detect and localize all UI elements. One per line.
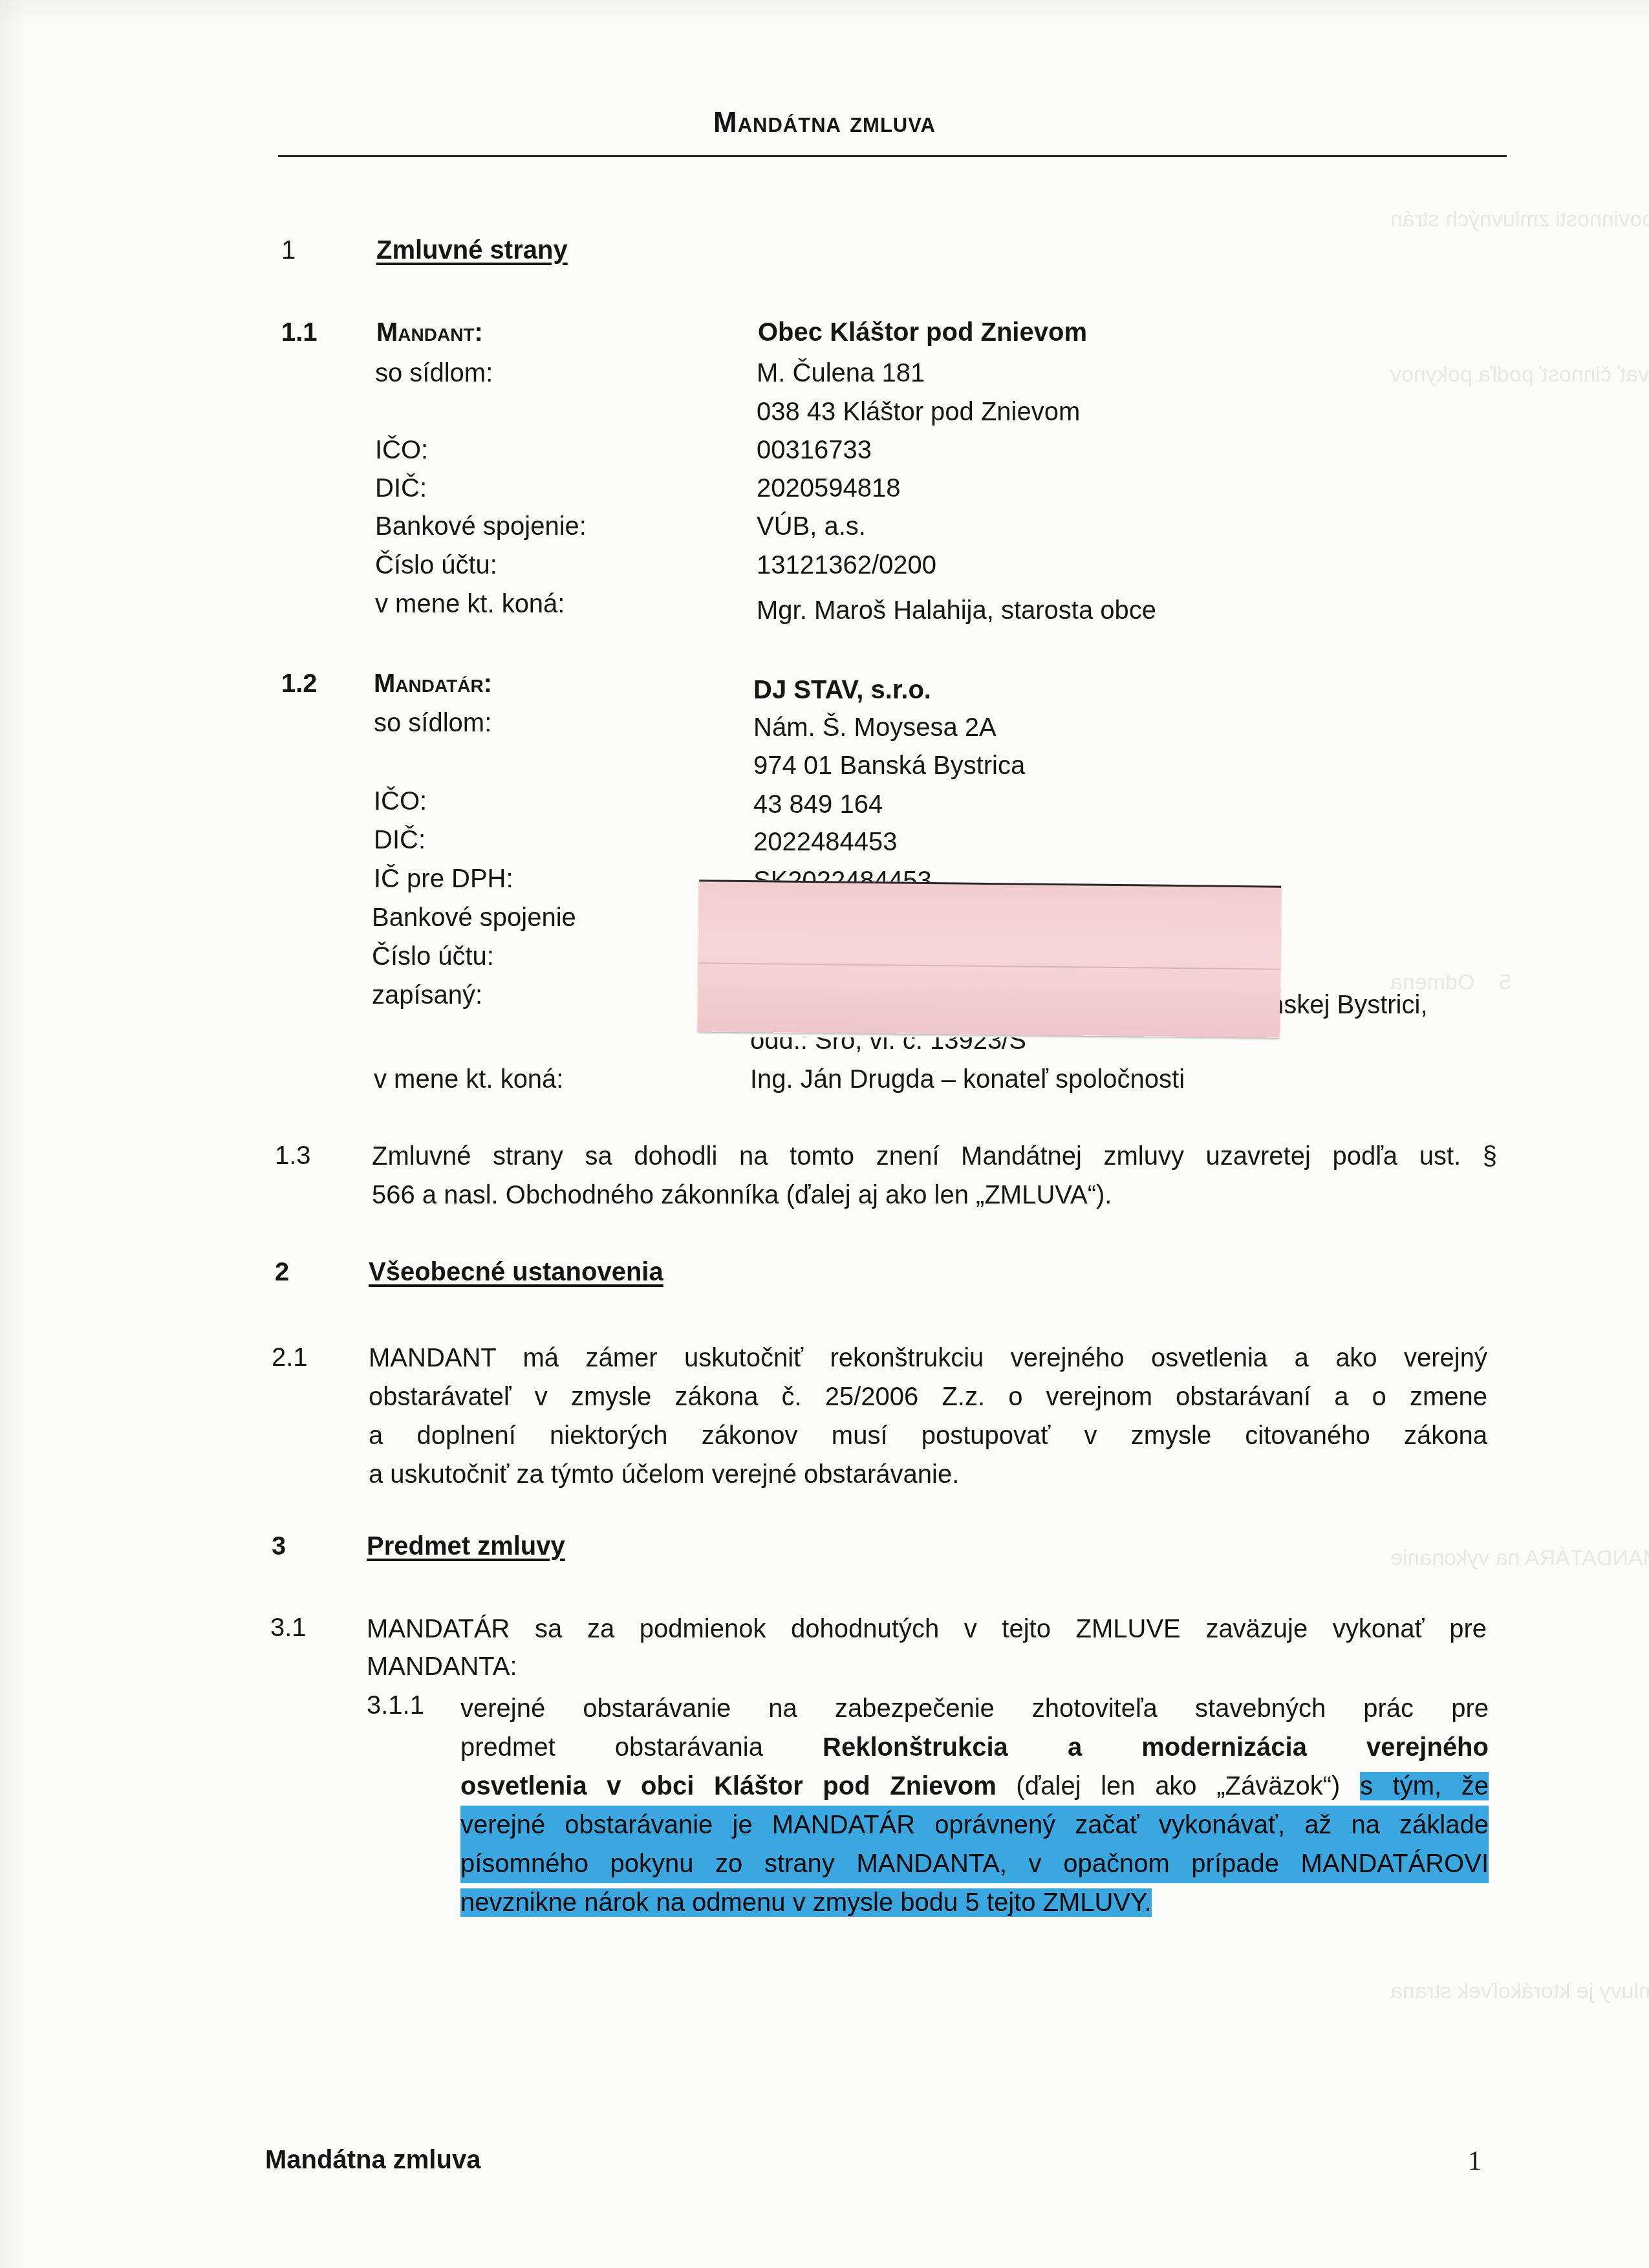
field-label: zapísaný: [372, 980, 482, 1011]
field-value: VÚB, a.s. [757, 511, 866, 542]
section-number: 1 [281, 235, 296, 266]
title-divider [278, 155, 1507, 157]
field-label: DIČ: [375, 473, 427, 504]
bleed-through-text: 6.1 MANDANT splnomocňuje MANDATÁRA na vy… [1390, 1546, 1649, 1571]
clause-number: 2.1 [272, 1342, 308, 1373]
footer-title: Mandátna zmluva [265, 2146, 480, 2175]
field-value: Ing. Ján Drugda – konateľ spoločnosti [750, 1064, 1185, 1095]
clause-number: 3.1.1 [367, 1690, 424, 1721]
section-heading: Zmluvné strany [376, 235, 568, 266]
clause-text: MANDATÁR sa za podmienok dohodnutých v t… [367, 1610, 1487, 1685]
field-label: Bankové spojenie [372, 902, 576, 933]
section-number: 3 [272, 1531, 286, 1562]
field-value: M. Čulena 181 [757, 358, 925, 389]
clause-number: 1.3 [275, 1140, 311, 1171]
field-value: 00316733 [757, 435, 872, 466]
party-role-label: Mandatár: [374, 668, 492, 699]
field-value: Nám. Š. Moysesa 2A [753, 712, 997, 743]
field-value: Mgr. Maroš Halahija, starosta obce [757, 595, 1156, 626]
field-value: 2020594818 [757, 473, 900, 504]
section-heading: Všeobecné ustanovenia [369, 1257, 663, 1288]
field-value: 038 43 Kláštor pod Znievom [757, 396, 1080, 427]
party-name: Obec Kláštor pod Znievom [758, 317, 1087, 348]
page-number: 1 [1468, 2146, 1482, 2177]
field-label: v mene kt. koná: [375, 589, 565, 620]
field-value: 974 01 Banská Bystrica [753, 750, 1025, 781]
bleed-through-text: 4.2 MANDATÁR je povinný vykonávať činnos… [1390, 362, 1649, 387]
section-heading: Predmet zmluvy [367, 1531, 565, 1562]
section-number: 2 [275, 1257, 289, 1288]
highlighted-text: nevznikne nárok na odmenu v zmysle bodu … [460, 1888, 1152, 1917]
clause-text: verejné obstarávanie na zabezpečenie zho… [460, 1689, 1489, 1922]
field-label: IČ pre DPH: [374, 863, 513, 894]
document-title: Mandátna zmluva [0, 107, 1649, 139]
party-name: DJ STAV, s.r.o. [753, 675, 931, 706]
field-label: v mene kt. koná: [374, 1064, 563, 1095]
clause-text: Zmluvné strany sa dohodli na tomto znení… [372, 1137, 1497, 1215]
field-label: Číslo účtu: [372, 941, 494, 972]
redaction-sticker [698, 880, 1281, 1037]
field-label: IČO: [375, 435, 428, 466]
field-value: 43 849 164 [753, 789, 883, 820]
highlighted-text: písomného pokynu zo strany MANDANTA, v o… [460, 1844, 1489, 1883]
field-label: Bankové spojenie: [375, 511, 587, 542]
field-value: 2022484453 [753, 826, 897, 858]
highlighted-text: verejné obstarávanie je MANDATÁR oprávne… [460, 1806, 1489, 1844]
clause-number: 3.1 [270, 1612, 307, 1643]
bleed-through-text: 4 Práva a povinnosti zmluvných strán [1390, 207, 1649, 232]
clause-number: 1.2 [281, 668, 318, 699]
party-role-label: Mandant: [376, 317, 483, 348]
clause-text: MANDANT má zámer uskutočniť rekonštrukci… [369, 1339, 1487, 1494]
field-label: Číslo účtu: [375, 550, 497, 581]
field-value: nskej Bystrici, [1269, 989, 1428, 1021]
clause-number: 1.1 [281, 317, 318, 348]
bleed-through-text: 7.2 V prípade zrušenia zmluvy je ktoráko… [1390, 1979, 1649, 2004]
field-label: IČO: [374, 786, 427, 817]
field-value: 13121362/0200 [757, 550, 936, 581]
field-label: DIČ: [374, 825, 426, 856]
highlighted-text: s tým, že [1360, 1772, 1489, 1800]
field-label: so sídlom: [375, 358, 493, 389]
field-label: so sídlom: [374, 707, 491, 739]
